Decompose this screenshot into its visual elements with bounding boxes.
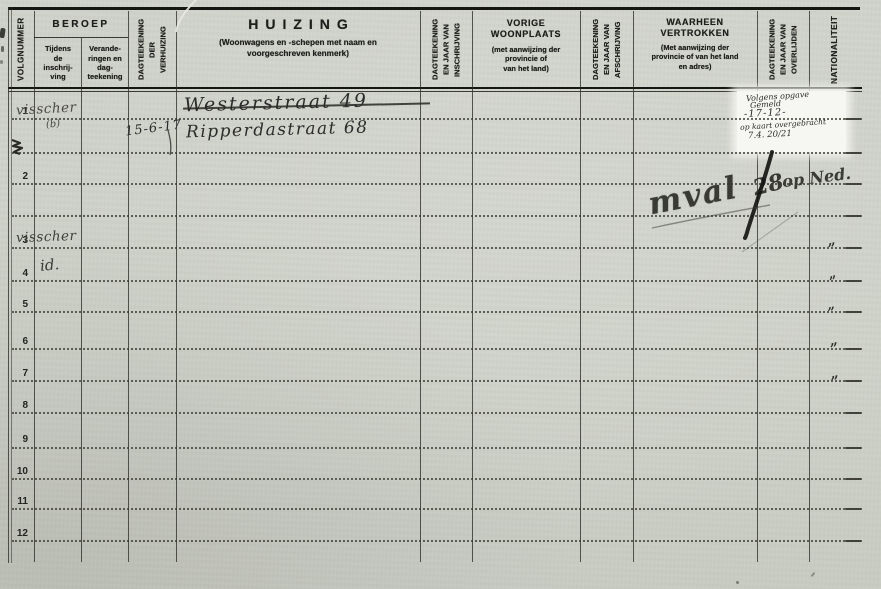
row-line: [12, 412, 845, 414]
col-header-waarheen-vertrokken-subtitle: (Met aanwijzing der provincie of van het…: [633, 41, 757, 73]
row-number: 11: [4, 496, 28, 507]
patch-note-line3: -17-12-: [744, 107, 787, 120]
beroep-subdivider: [34, 37, 128, 38]
row-number: 5: [4, 299, 28, 310]
nationality-ditto-mark: „: [826, 297, 836, 313]
paper-edge-speck: [0, 60, 3, 64]
row-number: 7: [4, 368, 28, 379]
col-header-vorige-woonplaats: VORIGE WOONPLAATS: [472, 18, 580, 40]
register-page: VOLGNUMMER BEROEP Tijdens de inschrij- v…: [0, 0, 881, 589]
row-number: 6: [4, 336, 28, 347]
paper-edge-speck: [0, 28, 6, 39]
entry-beroep-row4: id.: [39, 255, 60, 275]
col-header-huizing: HUIZING: [176, 14, 420, 34]
col-header-dagteekening-inschrijving: DAGTEEKENING EN JAAR VAN INSCHRIJVING: [421, 12, 471, 87]
entry-verhuizing-date-row1: 15-6-17: [124, 118, 183, 140]
col-header-volgnummer: VOLGNUMMER: [9, 12, 34, 86]
col-header-huizing-subtitle: (Woonwagens en -schepen met naam en voor…: [176, 36, 420, 62]
row-line: [12, 478, 845, 480]
entry-beroep-note-row1: (b): [45, 118, 60, 130]
col-header-beroep-tijdens: Tijdens de inschrij- ving: [35, 40, 81, 86]
row-line: [12, 447, 845, 449]
col-header-dagteekening-verhuizing: DAGTEEKENING DER VERHUIZING: [129, 12, 175, 87]
entry-huizing-new-row1: Ripperdastraat 68: [186, 118, 369, 143]
row-line: [12, 348, 845, 350]
row-number: 8: [4, 400, 28, 411]
row-line: [12, 215, 845, 217]
header-bottom-border: [8, 87, 862, 89]
colline-beroep-split: [81, 38, 82, 562]
row-line: [12, 380, 845, 382]
paper-speck: [736, 581, 739, 584]
left-border: [8, 7, 9, 563]
pencil-note: op Ned.: [781, 164, 852, 191]
row-line: [12, 247, 845, 249]
faint-pencil-line: [742, 212, 798, 252]
row-line: [12, 508, 845, 510]
row-line: [12, 311, 845, 313]
row-number: 12: [4, 528, 28, 539]
row-number: 2: [4, 171, 28, 182]
row-line: [12, 152, 845, 154]
col-header-dagteekening-afschrijving: DAGTEEKENING EN JAAR VAN AFSCHRIJVING: [581, 12, 632, 87]
entry-beroep-row3: visscher: [16, 228, 77, 246]
row-number: 10: [4, 466, 28, 477]
col-header-beroep: BEROEP: [34, 13, 128, 35]
entry-huizing-old-row1: Westerstraat 49: [184, 90, 368, 117]
row-line: [12, 540, 845, 542]
col-header-beroep-veranderingen: Verande- ringen en dag- teekening: [82, 40, 128, 86]
row-line: [12, 280, 845, 282]
paper-edge-speck: [1, 46, 4, 52]
col-header-vorige-woonplaats-subtitle: (met aanwijzing der provincie of van het…: [472, 43, 580, 75]
col-header-nationaliteit: NATIONALITEIT: [809, 12, 859, 87]
top-border: [8, 7, 860, 10]
col-header-dagteekening-overlijden: DAGTEEKENING EN JAAR VAN OVERLIJDEN: [758, 12, 808, 87]
col-header-waarheen-vertrokken: WAARHEEN VERTROKKEN: [633, 17, 757, 39]
row-number: 9: [4, 434, 28, 445]
row-line: [12, 118, 845, 120]
row-number: 4: [4, 268, 28, 279]
entry-beroep-row1: visscher: [16, 99, 77, 118]
header-bottom-border-2: [8, 91, 862, 92]
paper-speck: [811, 572, 816, 577]
